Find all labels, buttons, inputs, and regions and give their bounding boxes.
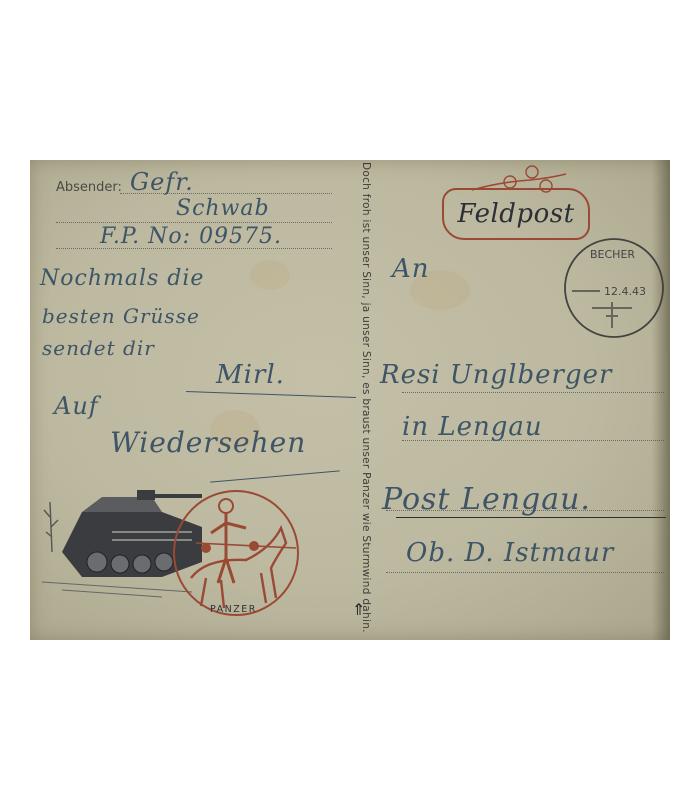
eagle-icon [592,302,632,328]
absender-label: Absender: [56,180,122,195]
message-line: Auf [54,392,99,420]
dotted-line [402,392,664,393]
vertical-slogan: Doch froh ist unser Sinn, ja unser Sinn,… [356,162,372,592]
recipient-post-office: Post Lengau. [382,482,591,517]
message-line: besten Grüsse [42,304,200,328]
postcard: Absender: Gefr. Schwab F.P. No: 09575. N… [30,160,670,640]
panzer-caption: PANZER [210,604,257,615]
postmark-stamp: BECHER 12.4.43 [562,236,666,340]
flourish-stroke [210,470,340,482]
postmark-place: BECHER [590,248,635,261]
feldpost-title: Feldpost [457,199,574,229]
recipient-town: in Lengau [402,412,543,442]
message-line: sendet dir [42,336,155,360]
sender-name: Schwab [176,196,270,221]
signature-underline [186,391,356,398]
postmark-date: 12.4.43 [604,285,646,298]
message-line: Nochmals die [40,266,204,291]
recipient-name: Resi Unglberger [380,360,612,390]
recipient-district: Ob. D. Istmaur [406,538,614,568]
paper-stain [250,260,290,290]
message-line: Wiedersehen [110,426,306,459]
feldpost-header: Feldpost [442,188,590,240]
sender-fieldpost-number: F.P. No: 09575. [100,224,282,249]
post-underline [396,517,666,518]
arrow-up-icon: ⇑ [352,600,365,619]
message-signature: Mirl. [216,360,285,390]
dotted-line [386,572,664,573]
dotted-line [56,222,332,223]
sender-rank: Gefr. [130,168,194,196]
recipient-prefix: An [392,254,430,284]
